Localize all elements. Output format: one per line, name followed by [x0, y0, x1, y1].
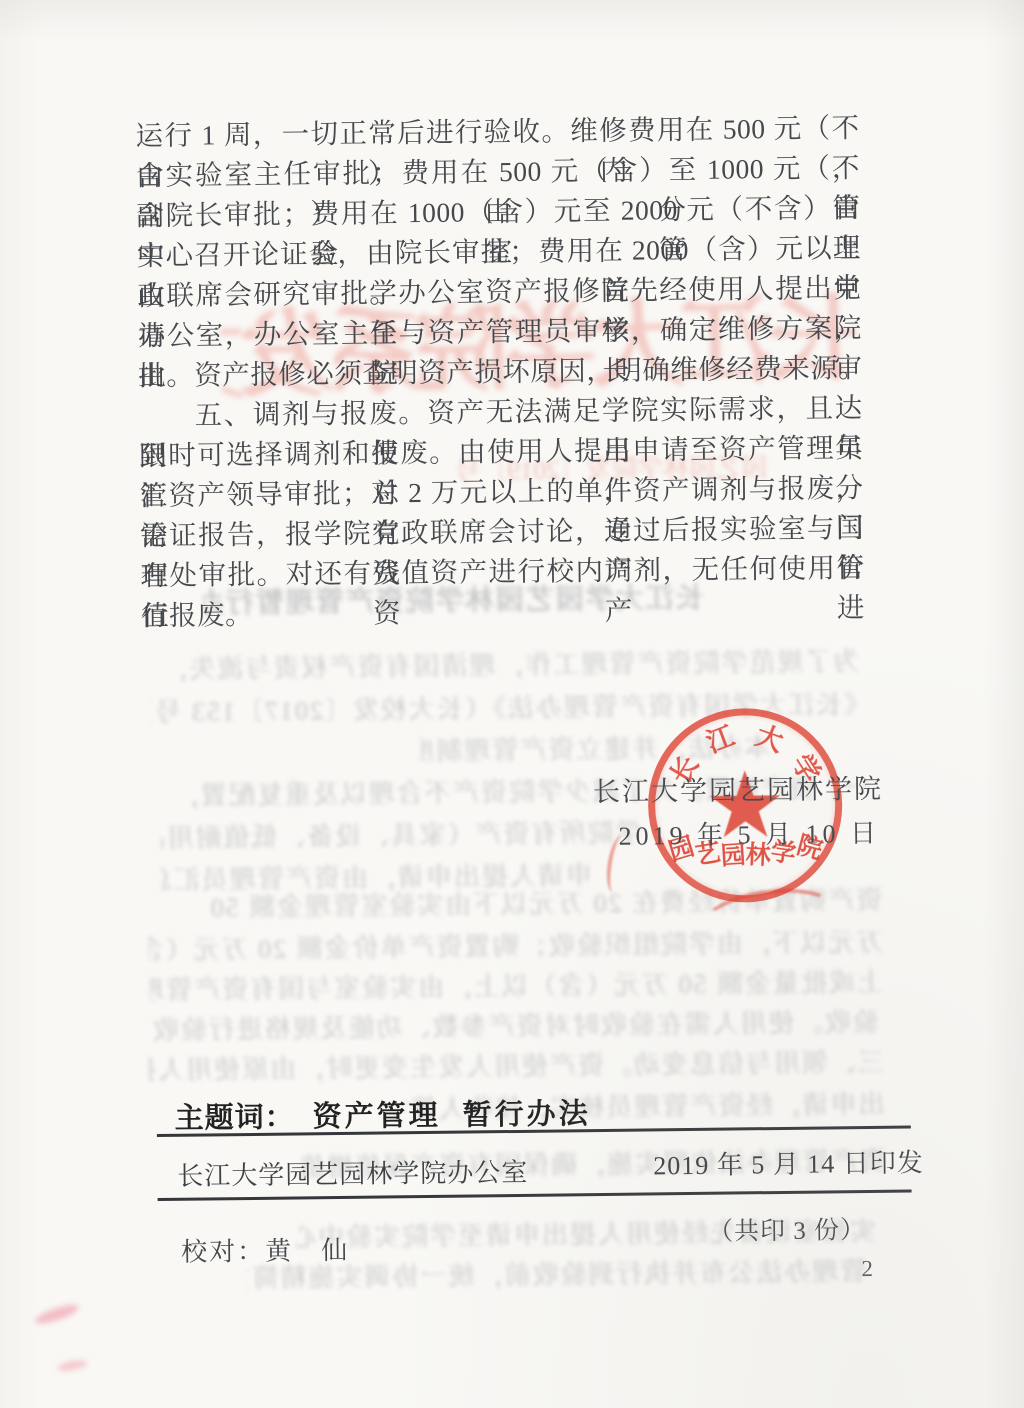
- bleedthrough-line: 上或批量金额 50 万元（含）以上，由实验室与国有资产管理处组织: [148, 962, 883, 1007]
- bleedthrough-line: 三、领用与信息变动。资产使用人发生变更时，由原使用人提: [149, 1042, 884, 1087]
- issuer: 长江大学园艺园林学院办公室: [177, 1152, 528, 1193]
- body-text: 运行 1 周，一切正常后进行验收。维修费用在 500 元（不含）内， 由实验室主…: [135, 108, 865, 636]
- subject-term: 暂行办法: [462, 1091, 590, 1133]
- signature-org: 长江大学园艺园林学院: [593, 767, 883, 809]
- document-content: 长江大学园艺园林学院资产管理暂行办法为了规范学院资产管理工作，理清国有资产权责与…: [0, 0, 1024, 1408]
- page-number: 2: [861, 1256, 873, 1282]
- subject-label: 主题词：: [174, 1094, 294, 1136]
- subject-term: 资产管理: [312, 1093, 440, 1135]
- print-date: 2019 年 5 月 14 日印发: [653, 1142, 924, 1182]
- copies-count: （共印 3 份）: [708, 1210, 866, 1248]
- bleedthrough-line: 为了规范学院资产管理工作，理清国有资产权责与流失，根据: [159, 641, 859, 686]
- bleedthrough-line: 验收。使用人需在验收时对资产参数、功能及规格进行验收。: [153, 1002, 878, 1047]
- signature-date: 2019 年 5 月 10 日: [618, 813, 880, 853]
- bleedthrough-line: 学院所有资产（家具、设备、低值耐用品）购置必须经: [161, 813, 641, 855]
- paragraph-line: 理处审批。对还有残值资产进行校内调剂，无任何使用价值资产进: [140, 548, 864, 596]
- scanned-document-page: { "colors": { "paper": "#f9f8f5", "ink":…: [0, 0, 1024, 1408]
- proofreader: 校对：黄 仙: [181, 1230, 349, 1269]
